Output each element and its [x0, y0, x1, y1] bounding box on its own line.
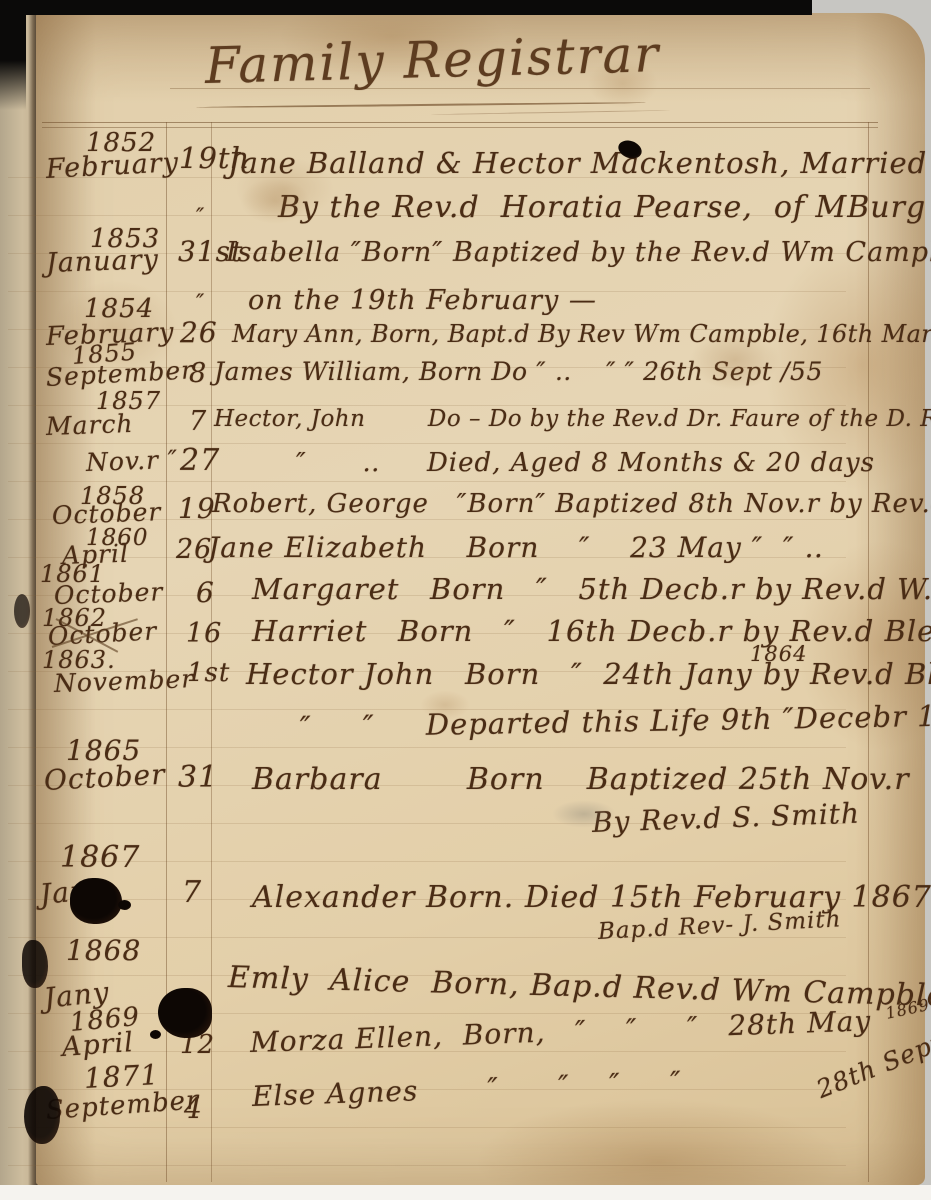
stain	[690, 330, 780, 390]
entry-day: 1st	[187, 660, 230, 687]
entry-text: Jane Balland & Hector Mackentosh, Marrie…	[228, 148, 927, 178]
entry-day: 27	[180, 445, 220, 477]
entry-text: on the 19th February —	[248, 287, 597, 315]
stain	[240, 178, 310, 224]
gutter-blot	[22, 940, 48, 988]
entry-text: Barbara Born Baptized 25th Nov.r ″	[252, 764, 931, 796]
ink-blot	[118, 900, 131, 910]
entry-month: Nov.r ″	[86, 447, 179, 476]
entry-day: 7	[182, 877, 202, 909]
stain	[420, 690, 470, 720]
entry-text: Harriet Born ″ 16th Decb.r by Rev.d Blen…	[252, 616, 931, 646]
entry-text: Hector, John Do – Do by the Rev.d Dr. Fa…	[214, 407, 931, 431]
entry-day: 7	[189, 408, 207, 436]
gutter-blot	[24, 1086, 60, 1144]
entry-month: March	[46, 411, 134, 440]
entry-text: Mary Ann, Born, Bapt.d By Rev Wm Campble…	[232, 322, 931, 347]
entry-day: 16	[186, 620, 222, 648]
entry-day: 19	[178, 494, 216, 523]
entry-day-ditto: ″	[196, 206, 205, 229]
entry-month: November	[54, 666, 195, 697]
entry-text: Robert, George ″Born″ Baptized 8th Nov.r…	[212, 491, 931, 518]
entry-year: 1867	[60, 842, 140, 874]
entry-text: ″ ‥ Died, Aged 8 Months & 20 days	[296, 450, 875, 477]
ink-blot	[150, 1030, 161, 1039]
entry-day: 26	[176, 536, 212, 564]
entry-year: 1868	[66, 936, 141, 965]
ink-blot	[70, 878, 122, 924]
entry-day: 31	[178, 762, 218, 794]
gutter-blot	[14, 594, 30, 628]
entry-day: 4	[184, 1094, 203, 1123]
ink-blot	[158, 988, 212, 1038]
entry-text: By the Rev.d Horatia Pearse, of MBurg	[278, 192, 926, 224]
entry-text: Jane Elizabeth Born ″ 23 May ″ ″ ‥	[208, 533, 824, 562]
scanned-family-register: { "page": { "title": "Family Registrar" …	[0, 0, 931, 1200]
entry-day-ditto: ″	[196, 292, 205, 315]
entry-text: Isabella ″Born″ Baptized by the Rev.d Wm…	[226, 239, 931, 267]
entry-text: Hector John Born ″ 24th Jany by Rev.d Bl…	[246, 659, 931, 689]
entry-text: Margaret Born ″ 5th Decb.r by Rev.d W.C	[252, 574, 931, 604]
header-rule-1	[42, 122, 878, 123]
entry-day: 26	[180, 318, 218, 347]
entry-day: 6	[196, 578, 215, 607]
pencil-smudge	[552, 800, 616, 828]
entry-day: 8	[189, 360, 207, 388]
entry-month: October	[43, 760, 166, 796]
scan-edge-top	[0, 0, 812, 15]
page-title: Family Registrar	[204, 28, 660, 92]
entry-month: January	[46, 246, 160, 278]
scan-edge-bottom	[0, 1185, 931, 1200]
header-rule-2	[42, 127, 878, 128]
scan-edge-corner	[0, 0, 26, 110]
entry-month: April	[61, 1029, 135, 1062]
entry-month: February	[45, 149, 179, 184]
column-rule-day	[211, 122, 212, 1182]
